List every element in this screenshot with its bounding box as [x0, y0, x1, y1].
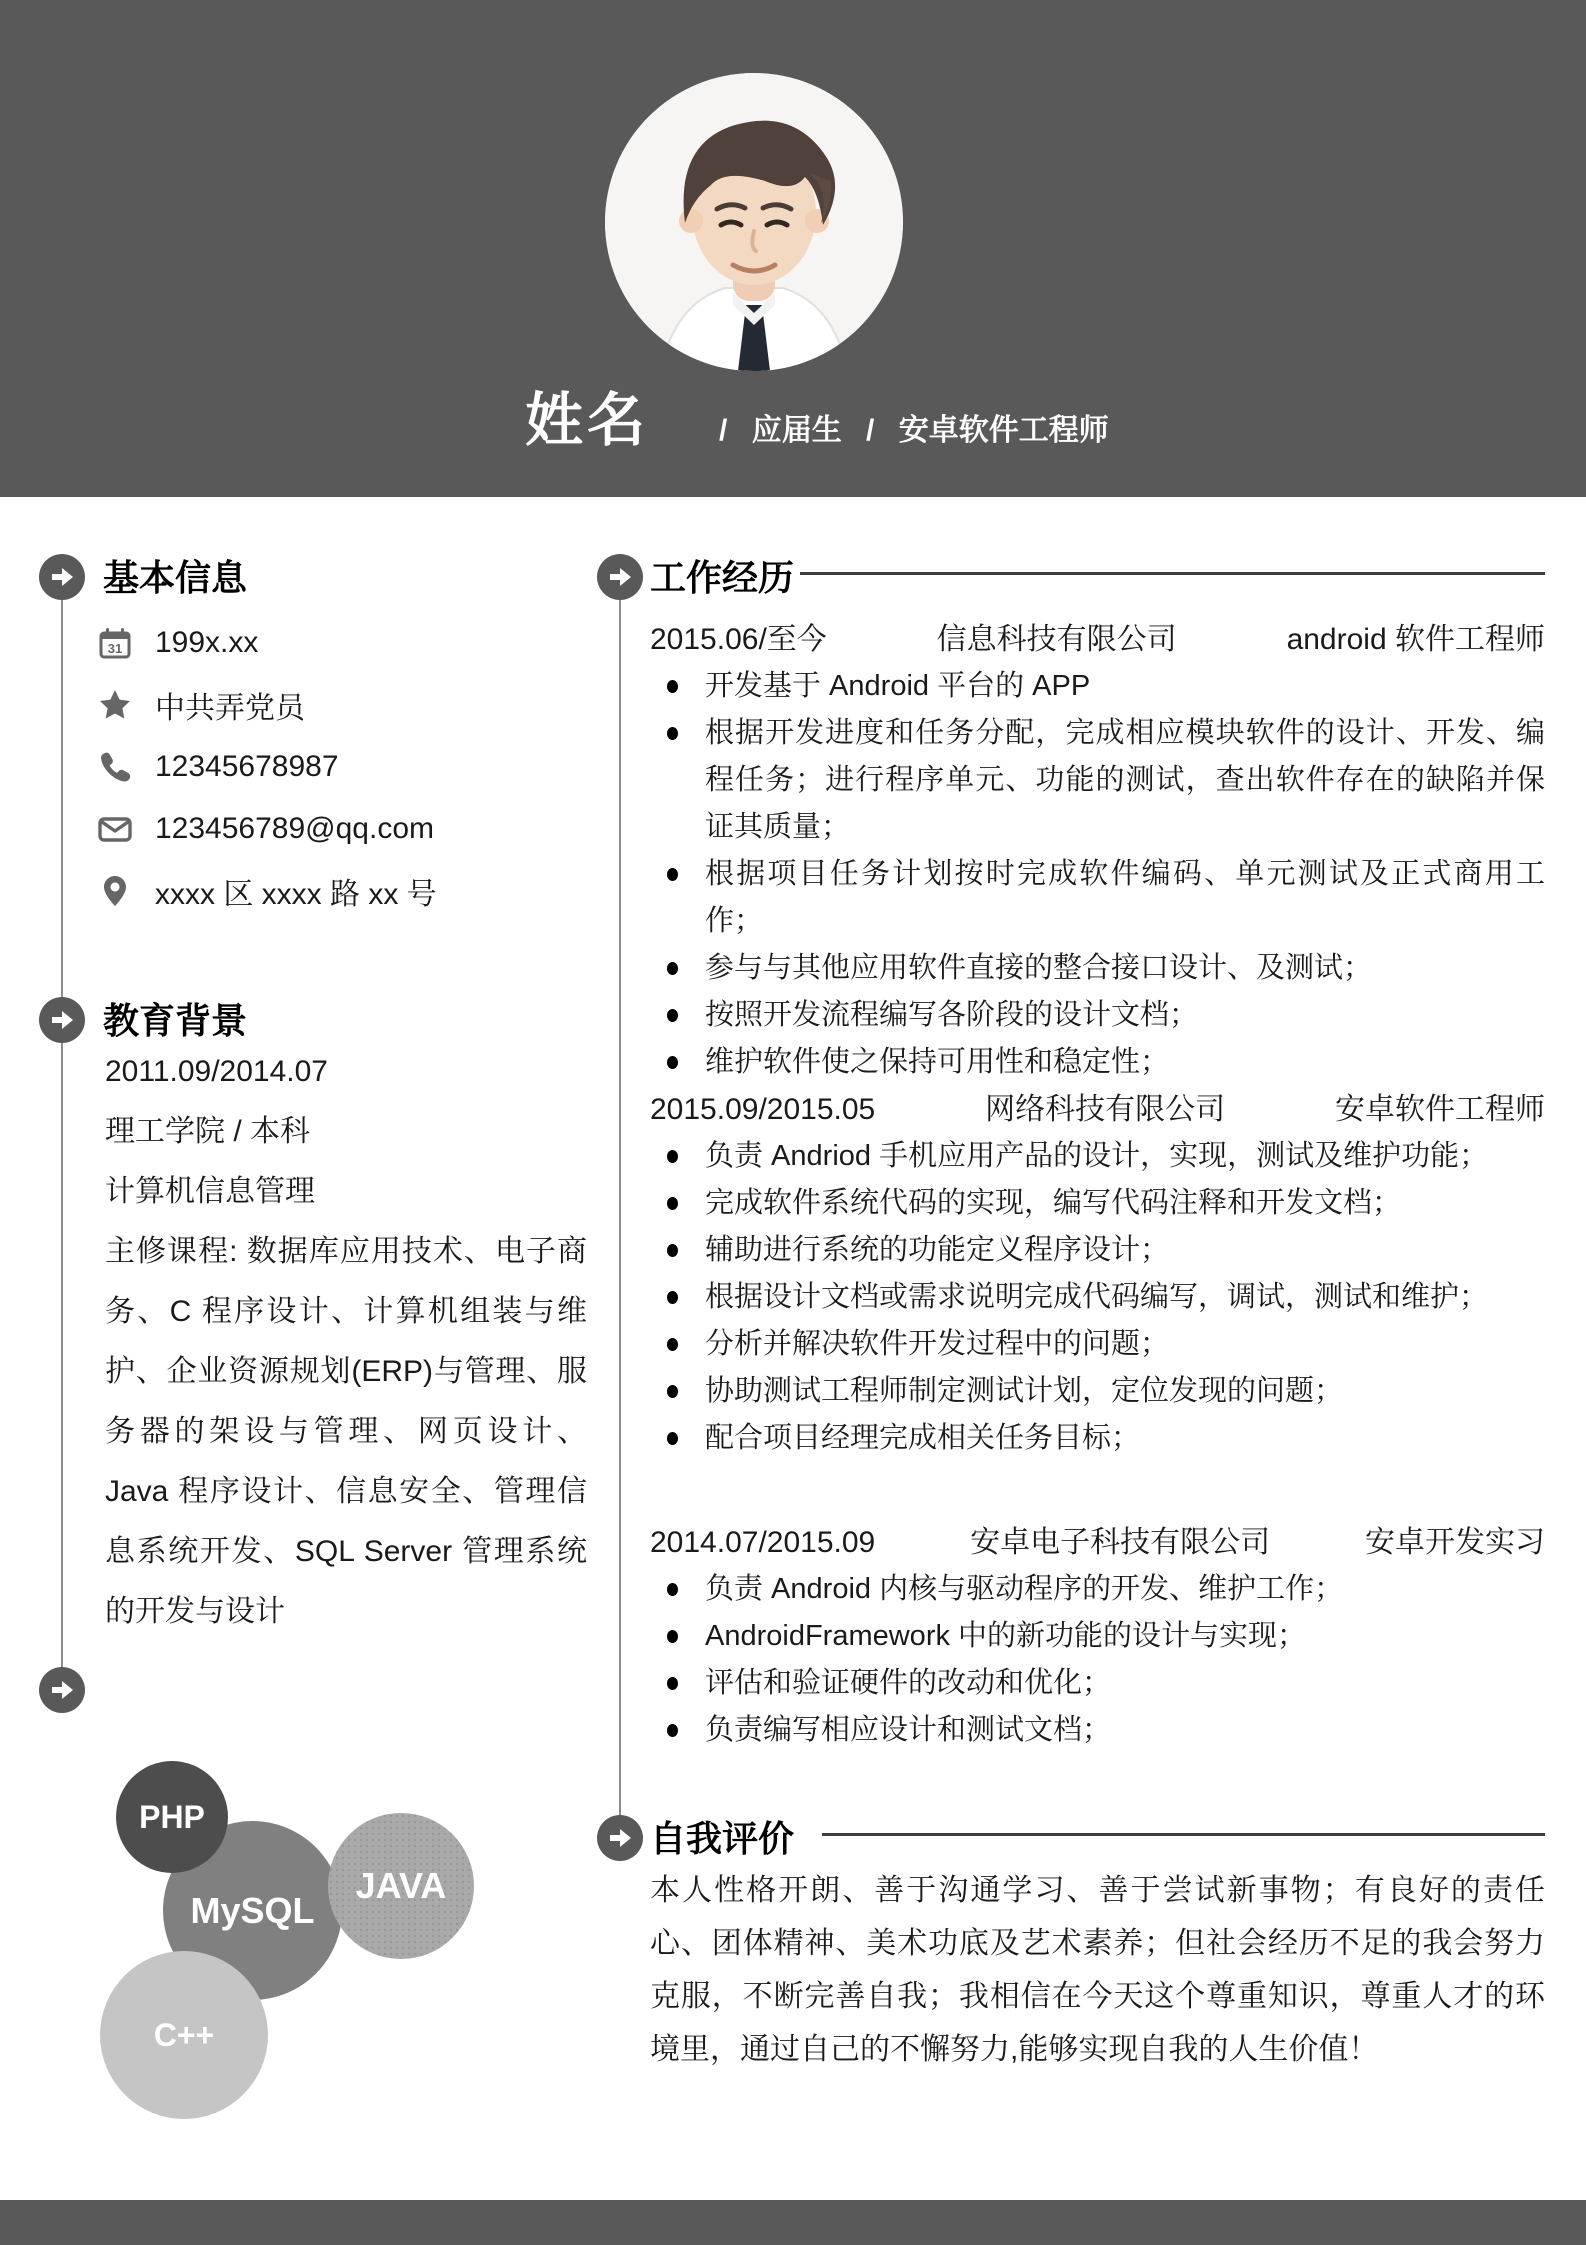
section-badge-skills — [39, 1667, 85, 1713]
skill-bubble-java: JAVA — [328, 1813, 474, 1959]
skill-bubble-cpp: C++ — [100, 1951, 268, 2119]
job-bullet: 根据设计文档或需求说明完成代码编写，调试，测试和维护； — [705, 1274, 1545, 1321]
job-bullet-list: 负责 Andriod 手机应用产品的设计，实现，测试及维护功能； 完成软件系统代… — [650, 1133, 1545, 1462]
skill-label: C++ — [154, 2017, 214, 2054]
email-address: 123456789@qq.com — [155, 812, 434, 846]
section-badge-evaluation — [597, 1815, 643, 1861]
section-title-evaluation: 自我评价 — [650, 1821, 794, 1857]
education-block: 2011.09/2014.07 理工学院 / 本科 计算机信息管理 主修课程: … — [105, 1042, 587, 1642]
list-item: 12345678987 — [95, 736, 565, 798]
job-bullet: 根据开发进度和任务分配，完成相应模块软件的设计、开发、编程任务；进行程序单元、功… — [705, 710, 1545, 851]
skill-label: MySQL — [190, 1890, 314, 1932]
job-bullet: 评估和验证硬件的改动和优化； — [705, 1660, 1545, 1707]
education-major: 计算机信息管理 — [105, 1162, 587, 1222]
arrow-right-icon — [607, 564, 633, 590]
political-status: 中共弄党员 — [155, 683, 305, 727]
list-item: 31 199x.xx — [95, 612, 565, 674]
profile-photo — [605, 73, 903, 371]
job-bullet: 根据项目任务计划按时完成软件编码、单元测试及正式商用工作； — [705, 851, 1545, 945]
job-period: 2015.09/2015.05 — [650, 1086, 875, 1133]
section-title-basic-info: 基本信息 — [103, 560, 247, 596]
job-entry: 2014.07/2015.09 安卓电子科技有限公司 安卓开发实习 负责 And… — [650, 1519, 1545, 1754]
job-bullet: 开发基于 Android 平台的 APP — [705, 663, 1545, 710]
list-item: xxxx 区 xxxx 路 xx 号 — [95, 860, 565, 922]
birth-date: 199x.xx — [155, 626, 258, 660]
arrow-right-icon — [607, 1825, 633, 1851]
job-company: 网络科技有限公司 — [985, 1086, 1225, 1133]
header-subtitle: / 应届生 / 安卓软件工程师 — [703, 416, 1109, 446]
section-badge-work — [597, 554, 643, 600]
arrow-right-icon — [49, 1007, 75, 1033]
job-bullet: 分析并解决软件开发过程中的问题； — [705, 1321, 1545, 1368]
section-title-education: 教育背景 — [103, 1003, 247, 1039]
job-company: 安卓电子科技有限公司 — [970, 1519, 1270, 1566]
job-entry: 2015.06/至今 信息科技有限公司 android 软件工程师 开发基于 A… — [650, 616, 1545, 1086]
location-icon — [95, 871, 135, 911]
evaluation-paragraph: 本人性格开朗、善于沟通学习、善于尝试新事物；有良好的责任心、团体精神、美术功底及… — [650, 1864, 1545, 2076]
job-bullet: 按照开发流程编写各阶段的设计文档； — [705, 992, 1545, 1039]
job-bullet: 负责 Andriod 手机应用产品的设计，实现，测试及维护功能； — [705, 1133, 1545, 1180]
phone-number: 12345678987 — [155, 750, 339, 784]
job-bullet-list: 负责 Android 内核与驱动程序的开发、维护工作； AndroidFrame… — [650, 1566, 1545, 1754]
separator-slash: / — [866, 414, 874, 447]
footer-bar — [0, 2200, 1586, 2245]
job-bullet: 完成软件系统代码的实现，编写代码注释和开发文档； — [705, 1180, 1545, 1227]
job-bullet: 负责 Android 内核与驱动程序的开发、维护工作； — [705, 1566, 1545, 1613]
work-section-rule — [800, 572, 1545, 575]
education-courses: 主修课程: 数据库应用技术、电子商务、C 程序设计、计算机组装与维护、企业资源规… — [105, 1222, 587, 1642]
education-period: 2011.09/2014.07 — [105, 1042, 587, 1102]
section-title-work: 工作经历 — [650, 560, 794, 596]
resume-page: 姓名 / 应届生 / 安卓软件工程师 基本信息 教育背景 工作经历 自我评价 — [0, 0, 1586, 2245]
timeline-line-right — [619, 577, 621, 1838]
skill-bubble-php: PHP — [116, 1761, 228, 1873]
separator-slash: / — [719, 414, 727, 447]
job-role: android 软件工程师 — [1287, 616, 1545, 663]
job-bullet: 配合项目经理完成相关任务目标； — [705, 1415, 1545, 1462]
email-icon — [95, 809, 135, 849]
phone-icon — [95, 747, 135, 787]
job-bullet: AndroidFramework 中的新功能的设计与实现； — [705, 1613, 1545, 1660]
education-school-degree: 理工学院 / 本科 — [105, 1102, 587, 1162]
svg-text:31: 31 — [108, 641, 122, 656]
candidate-job-title: 安卓软件工程师 — [899, 414, 1109, 447]
job-bullet: 协助测试工程师制定测试计划，定位发现的问题； — [705, 1368, 1545, 1415]
section-badge-basic-info — [39, 554, 85, 600]
job-bullet-list: 开发基于 Android 平台的 APP 根据开发进度和任务分配，完成相应模块软… — [650, 663, 1545, 1086]
arrow-right-icon — [49, 564, 75, 590]
calendar-icon: 31 — [95, 623, 135, 663]
job-bullet: 参与与其他应用软件直接的整合接口设计、及测试； — [705, 945, 1545, 992]
skill-label: PHP — [139, 1799, 205, 1836]
basic-info-list: 31 199x.xx 中共弄党员 12345678987 123456789@q… — [95, 612, 565, 922]
skill-label: JAVA — [356, 1865, 447, 1907]
job-bullet: 负责编写相应设计和测试文档； — [705, 1707, 1545, 1754]
evaluation-section-rule — [822, 1833, 1545, 1836]
job-bullet: 辅助进行系统的功能定义程序设计； — [705, 1227, 1545, 1274]
address: xxxx 区 xxxx 路 xx 号 — [155, 869, 437, 913]
job-entry: 2015.09/2015.05 网络科技有限公司 安卓软件工程师 负责 Andr… — [650, 1086, 1545, 1462]
job-role: 安卓开发实习 — [1365, 1519, 1545, 1566]
name-row: 姓名 / 应届生 / 安卓软件工程师 — [525, 392, 1109, 450]
job-bullet: 维护软件使之保持可用性和稳定性； — [705, 1039, 1545, 1086]
job-header: 2015.09/2015.05 网络科技有限公司 安卓软件工程师 — [650, 1086, 1545, 1133]
job-header: 2015.06/至今 信息科技有限公司 android 软件工程师 — [650, 616, 1545, 663]
list-item: 123456789@qq.com — [95, 798, 565, 860]
timeline-line-left — [61, 577, 63, 1690]
header-banner: 姓名 / 应届生 / 安卓软件工程师 — [0, 0, 1586, 497]
job-period: 2014.07/2015.09 — [650, 1519, 875, 1566]
candidate-name: 姓名 — [525, 392, 649, 450]
star-icon — [95, 685, 135, 725]
job-period: 2015.06/至今 — [650, 616, 827, 663]
section-badge-education — [39, 997, 85, 1043]
arrow-right-icon — [49, 1677, 75, 1703]
job-company: 信息科技有限公司 — [937, 616, 1177, 663]
candidate-status: 应届生 — [752, 414, 842, 447]
job-header: 2014.07/2015.09 安卓电子科技有限公司 安卓开发实习 — [650, 1519, 1545, 1566]
list-item: 中共弄党员 — [95, 674, 565, 736]
avatar-illustration — [605, 73, 903, 371]
job-role: 安卓软件工程师 — [1335, 1086, 1545, 1133]
